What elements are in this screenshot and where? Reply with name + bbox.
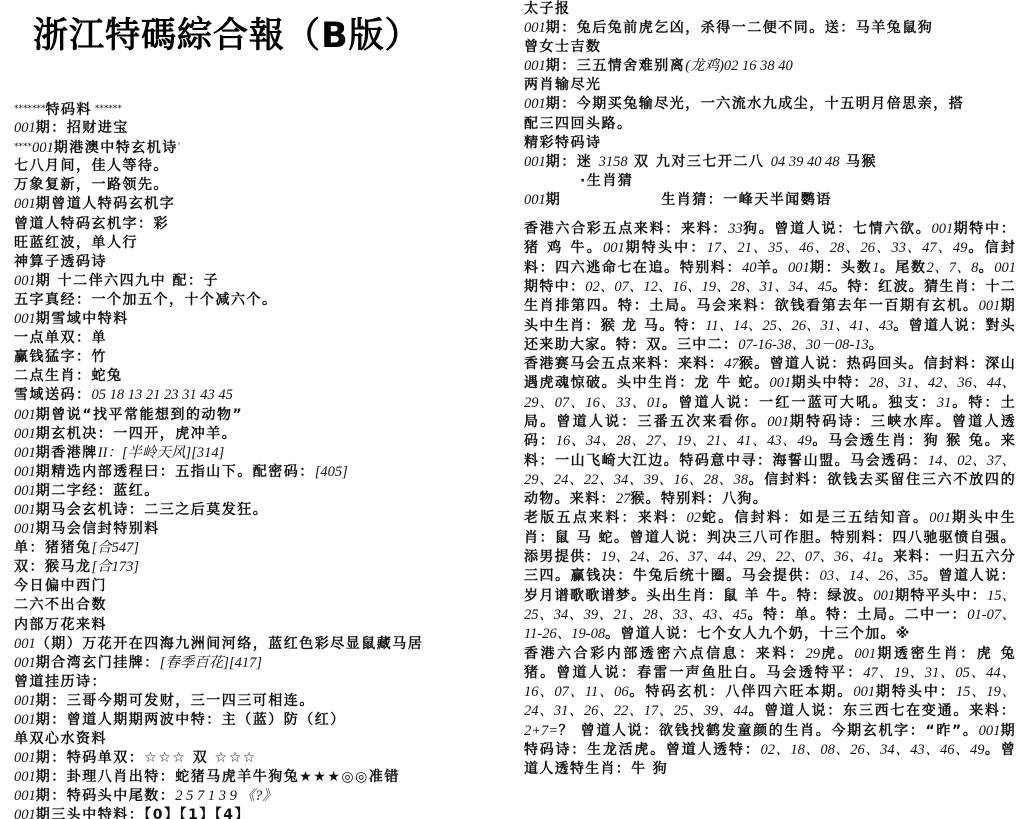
line-numbers: [合173] xyxy=(92,559,140,575)
line-text: 旺蓝红波，单人行 xyxy=(14,235,138,251)
left-line: 二六不出合数 xyxy=(14,596,504,615)
line-text: 期 xyxy=(546,192,562,208)
number-run: 19、24、26、37、44、29、22、07、36、41 xyxy=(601,549,878,565)
left-line: 七八月间，佳人等待。 xyxy=(14,157,504,176)
paragraph-hk-five-point: 香港六合彩五点来料：来料：33狗。曾道人说：七情六欲。001期特中：猪 鸡 牛。… xyxy=(524,220,1016,355)
line-numbers: 04 39 40 48 xyxy=(771,154,840,170)
issue-number: 001 xyxy=(14,807,36,819)
issue-number: 001 xyxy=(14,196,36,212)
line-text: 神算子透码诗 xyxy=(14,254,107,270)
issue-number: 001 xyxy=(14,636,36,652)
number-run: 001 xyxy=(788,260,810,276)
number-run: 001 xyxy=(979,298,1001,314)
number-run: 001 xyxy=(873,588,895,604)
line-text: 两肖输尽光 xyxy=(524,77,602,93)
page-title: 浙江特碼綜合報（B版） xyxy=(33,8,421,58)
issue-number: 001 xyxy=(14,445,36,461)
issue-number: 001 xyxy=(32,140,54,156)
line-text: 期：特码头中尾数： xyxy=(36,788,176,804)
number-run: 001 xyxy=(994,260,1016,276)
line-text: 期 十二伴六四九中 配：子 xyxy=(36,273,219,289)
line-text: 特码料 xyxy=(46,102,93,118)
line-text: 期香港牌 xyxy=(36,445,98,461)
issue-number: 001 xyxy=(14,788,36,804)
left-line: 万象复新，一路领先。 xyxy=(14,176,504,195)
number-run: 001 xyxy=(931,221,953,237)
left-line: 001期曾道人特码玄机字 xyxy=(14,195,504,214)
stars-decoration: ' xyxy=(178,142,180,152)
number-run: 02、07、12、16、19、28、31、34、45 xyxy=(585,279,832,295)
paragraph-hk-jockey-five-point: 香港赛马会五点来料：来料：47猴。曾道人说：热码回头。信封料：深山遇虎魂惊破。头… xyxy=(524,355,1016,509)
line-text: 期曾道人特码玄机字 xyxy=(36,196,176,212)
left-line: 001期：曾道人期期两波中特：主（蓝）防（红） xyxy=(14,711,504,730)
line-text: 马猴 xyxy=(840,154,877,170)
number-run: 47、19、31、05、44、16、07、11、06 xyxy=(524,665,1016,700)
left-line: 雪域送码：05 18 13 21 23 31 43 45 xyxy=(14,386,504,405)
left-line: 单：猪猪兔[合547] xyxy=(14,539,504,558)
line-text: 赢钱猛字：竹 xyxy=(14,349,107,365)
right-column: 太子报001期：兔后兔前虎乞凶，杀得一二便不同。送：马羊兔鼠狗曾女士吉数001期… xyxy=(524,0,1016,780)
number-run: 2、7、8 xyxy=(927,260,979,276)
line-numbers: [405] xyxy=(315,464,348,480)
left-line: ****001期港澳中特玄机诗' xyxy=(14,138,504,157)
number-run: 27 xyxy=(616,491,631,507)
line-text: 双 九对三七开二八 xyxy=(628,154,771,170)
left-line: 001期：三哥今期可发财，三一四三可相连。 xyxy=(14,692,504,711)
line-numbers: II：[半岭天风][314] xyxy=(98,445,224,461)
left-line: *******特码料 ****** xyxy=(14,100,504,119)
number-run: 001 xyxy=(979,723,1001,739)
left-column: *******特码料 ******001期：招财进宝****001期港澳中特玄机… xyxy=(14,100,504,819)
left-line: 001期三头中特料：【0】【1】【4】 xyxy=(14,806,504,819)
number-run: 40 xyxy=(742,260,757,276)
line-numbers: 05 18 13 21 23 31 43 45 xyxy=(92,387,233,403)
line-numbers: 2 5 7 1 3 9 《?》 xyxy=(175,788,277,804)
left-line: 001期二字经：蓝红。 xyxy=(14,482,504,501)
line-text: 一点单双：单 xyxy=(14,330,107,346)
left-line: 001期：卦理八肖出特：蛇猪马虎羊牛狗兔★★★◎◎准错 xyxy=(14,768,504,787)
number-run: 001 xyxy=(603,240,625,256)
number-run: 31 xyxy=(937,395,952,411)
issue-number: 001 xyxy=(14,273,36,289)
right-top-line: ·生肖猜 xyxy=(524,172,1016,191)
line-text: 期曾说“找平常能想到的动物” xyxy=(36,407,243,423)
line-text: 七八月间，佳人等待。 xyxy=(14,158,169,174)
left-line: 001期曾说“找平常能想到的动物” xyxy=(14,406,504,425)
issue-number: 001 xyxy=(14,483,36,499)
left-line: 001期 十二伴六四九中 配：子 xyxy=(14,272,504,291)
issue-number: 001 xyxy=(14,464,36,480)
line-text: ·生肖猜 xyxy=(580,173,633,189)
number-run: 001 xyxy=(854,646,876,662)
number-run: 47 xyxy=(724,356,739,372)
line-text: 曾女士吉数 xyxy=(524,39,602,55)
left-line: 001期：特码头中尾数：2 5 7 1 3 9 《?》 xyxy=(14,787,504,806)
line-text: 单双心水资料 xyxy=(14,731,107,747)
issue-number: 001 xyxy=(14,693,36,709)
line-text: 内部万花来料 xyxy=(14,617,107,633)
issue-number: 001 xyxy=(14,521,36,537)
left-line: 001期马会玄机诗：二三之后莫发狂。 xyxy=(14,501,504,520)
left-line: 001期雪域中特料 xyxy=(14,310,504,329)
number-run: 02、18、08、26、34、43、46、49 xyxy=(760,742,984,758)
line-text: 期精选内部透程曰：五指山下。配密码： xyxy=(36,464,315,480)
number-run: 001 xyxy=(929,510,951,526)
number-run: 14、02、37、29、24、22、34、39、16、28、38 xyxy=(524,453,1016,488)
line-text: 期三头中特料：【0】【1】【4】 xyxy=(36,807,250,819)
line-text: 期：兔后兔前虎乞凶，杀得一二便不同。送：马羊兔鼠狗 xyxy=(546,20,934,36)
line-numbers: (龙鸡)02 16 38 40 xyxy=(685,58,793,74)
issue-number: 001 xyxy=(524,192,546,208)
left-line: 内部万花来料 xyxy=(14,616,504,635)
line-text: 期马会信封特别料 xyxy=(36,521,160,537)
number-run: 17、21、35、46、28、26、33、47、49 xyxy=(707,240,968,256)
left-line: 二点生肖：蛇兔 xyxy=(14,367,504,386)
line-text: 期：招财进宝 xyxy=(36,120,129,136)
right-top-line: 精彩特码诗 xyxy=(524,134,1016,153)
issue-number: 001 xyxy=(14,750,36,766)
number-run: 02 xyxy=(686,510,701,526)
left-line: 一点单双：单 xyxy=(14,329,504,348)
line-text: 单：猪猪兔 xyxy=(14,540,92,556)
issue-number: 001 xyxy=(524,20,546,36)
stars-decoration: ******* xyxy=(14,104,46,114)
left-line: 曾道挂历诗： xyxy=(14,673,504,692)
right-top-section: 太子报001期：兔后兔前虎乞凶，杀得一二便不同。送：马羊兔鼠狗曾女士吉数001期… xyxy=(524,0,1016,210)
right-top-line: 太子报 xyxy=(524,0,1016,19)
left-line: 单双心水资料 xyxy=(14,730,504,749)
line-text: 期玄机决：一四开，虎冲羊。 xyxy=(36,426,238,442)
line-text: 太子报 xyxy=(524,1,571,17)
number-run: 001 xyxy=(770,375,792,391)
left-line: 001期：特码单双：☆☆☆ 双 ☆☆☆ xyxy=(14,749,504,768)
line-numbers: 3158 xyxy=(599,154,628,170)
line-text: （ xyxy=(36,636,52,652)
line-text: 曾道挂历诗： xyxy=(14,674,107,690)
line-text: 期：三五情舍难别离 xyxy=(546,58,686,74)
line-text: 期：卦理八肖出特：蛇猪马虎羊牛狗兔★★★◎◎准错 xyxy=(36,769,400,785)
issue-number: 001 xyxy=(14,426,36,442)
number-run: 03、14、26、35 xyxy=(820,568,923,584)
line-text: 期合湾玄门挂牌： xyxy=(36,655,160,671)
left-line: 五字真经：一个加五个，十个减六个。 xyxy=(14,291,504,310)
issue-number: 001 xyxy=(524,154,546,170)
line-text: 期：特码单双：☆☆☆ 双 ☆☆☆ xyxy=(36,750,257,766)
right-top-line: 配三四回头路。 xyxy=(524,115,1016,134)
line-text: 期：今期买兔输尽光，一六流水九成尘，十五明月倍思亲，搭 xyxy=(546,96,965,112)
right-top-line: 两肖输尽光 xyxy=(524,76,1016,95)
issue-number: 001 xyxy=(524,58,546,74)
left-line: 双：猴马龙[合173] xyxy=(14,558,504,577)
left-line: 001期精选内部透程曰：五指山下。配密码：[405] xyxy=(14,463,504,482)
left-line: 神算子透码诗 xyxy=(14,253,504,272)
issue-number: 001 xyxy=(14,712,36,728)
number-run: 16、34、28、27、19、21、41、43、49 xyxy=(556,433,812,449)
left-line: 赢钱猛字：竹 xyxy=(14,348,504,367)
number-run: 29 xyxy=(805,646,820,662)
right-top-line: 001期：三五情舍难别离(龙鸡)02 16 38 40 xyxy=(524,57,1016,76)
number-run: 11、14、25、26、31、41、43 xyxy=(705,318,893,334)
line-text: 生肖猜：一峰天半闻鹦语 xyxy=(661,192,832,208)
line-text: 精彩特码诗 xyxy=(524,135,602,151)
number-run: 001 xyxy=(767,414,789,430)
issue-number: 001 xyxy=(14,655,36,671)
line-text: 二六不出合数 xyxy=(14,597,107,613)
line-text: 双：猴马龙 xyxy=(14,559,92,575)
issue-number: 001 xyxy=(14,407,36,423)
left-line: 001期玄机决：一四开，虎冲羊。 xyxy=(14,425,504,444)
line-text: 万象复新，一路领先。 xyxy=(14,177,169,193)
line-text: 期港澳中特玄机诗 xyxy=(54,140,178,156)
number-run: 1 xyxy=(872,260,879,276)
line-text: 期二字经：蓝红。 xyxy=(36,483,160,499)
line-text: 期）万花开在四海九洲间河络，蓝红色彩尽显鼠藏马居 xyxy=(51,636,423,652)
line-text: 雪域送码： xyxy=(14,387,92,403)
line-text: 期：迷 xyxy=(546,154,599,170)
number-run: 001 xyxy=(853,684,875,700)
line-text: 五字真经：一个加五个，十个减六个。 xyxy=(14,292,278,308)
issue-number: 001 xyxy=(14,311,36,327)
line-text: 期：曾道人期期两波中特：主（蓝）防（红） xyxy=(36,712,346,728)
paragraph-hk-inside-six-point: 香港六合彩内部透密六点信息：来料：29虎。001期透密生肖：虎 兔 猪。曾道人说… xyxy=(524,645,1016,780)
issue-number: 001 xyxy=(14,769,36,785)
right-top-line: 001期：迷 3158 双 九对三七开二八 04 39 40 48 马猴 xyxy=(524,153,1016,172)
number-run: 07-16-38、30－08-13 xyxy=(738,337,869,353)
line-numbers: [春季百花][417] xyxy=(160,655,262,671)
line-numbers: [合547] xyxy=(92,540,140,556)
issue-number: 001 xyxy=(14,502,36,518)
left-line: 001期合湾玄门挂牌：[春季百花][417] xyxy=(14,654,504,673)
line-text: 期：三哥今期可发财，三一四三可相连。 xyxy=(36,693,315,709)
left-line: 旺蓝红波，单人行 xyxy=(14,234,504,253)
line-text: 二点生肖：蛇兔 xyxy=(14,368,123,384)
line-text: 曾道人特码玄机字：彩 xyxy=(14,216,169,232)
stars-decoration: ****** xyxy=(92,104,122,114)
right-top-line: 曾女士吉数 xyxy=(524,38,1016,57)
left-line: 001（期）万花开在四海九洲间河络，蓝红色彩尽显鼠藏马居 xyxy=(14,635,504,654)
line-text: 期马会玄机诗：二三之后莫发狂。 xyxy=(36,502,269,518)
left-line: 001期：招财进宝 xyxy=(14,119,504,138)
issue-number: 001 xyxy=(524,96,546,112)
left-line: 曾道人特码玄机字：彩 xyxy=(14,215,504,234)
line-text: 今日偏中西门 xyxy=(14,578,107,594)
number-run: 2+7= xyxy=(524,723,558,739)
line-text: 配三四回头路。 xyxy=(524,116,633,132)
right-paragraphs: 香港六合彩五点来料：来料：33狗。曾道人说：七情六欲。001期特中：猪 鸡 牛。… xyxy=(524,220,1016,780)
left-line: 今日偏中西门 xyxy=(14,577,504,596)
number-run: 33 xyxy=(728,221,743,237)
left-line: 001期香港牌II：[半岭天风][314] xyxy=(14,444,504,463)
stars-decoration: **** xyxy=(14,142,32,152)
issue-number: 001 xyxy=(14,120,36,136)
right-top-line: 001期：兔后兔前虎乞凶，杀得一二便不同。送：马羊兔鼠狗 xyxy=(524,19,1016,38)
left-line: 001期马会信封特别料 xyxy=(14,520,504,539)
line-text: 期雪域中特料 xyxy=(36,311,129,327)
paragraph-old-edition-five-point: 老版五点来料：来料：02蛇。信封料：如是三五结知音。001期头中生肖：鼠 马 蛇… xyxy=(524,509,1016,644)
right-top-line: 001期生肖猜：一峰天半闻鹦语 xyxy=(524,191,1016,210)
right-top-line: 001期：今期买兔输尽光，一六流水九成尘，十五明月倍思亲，搭 xyxy=(524,95,1016,114)
number-run: 15、25、34、39、21、28、33、43、45 xyxy=(524,588,1016,623)
